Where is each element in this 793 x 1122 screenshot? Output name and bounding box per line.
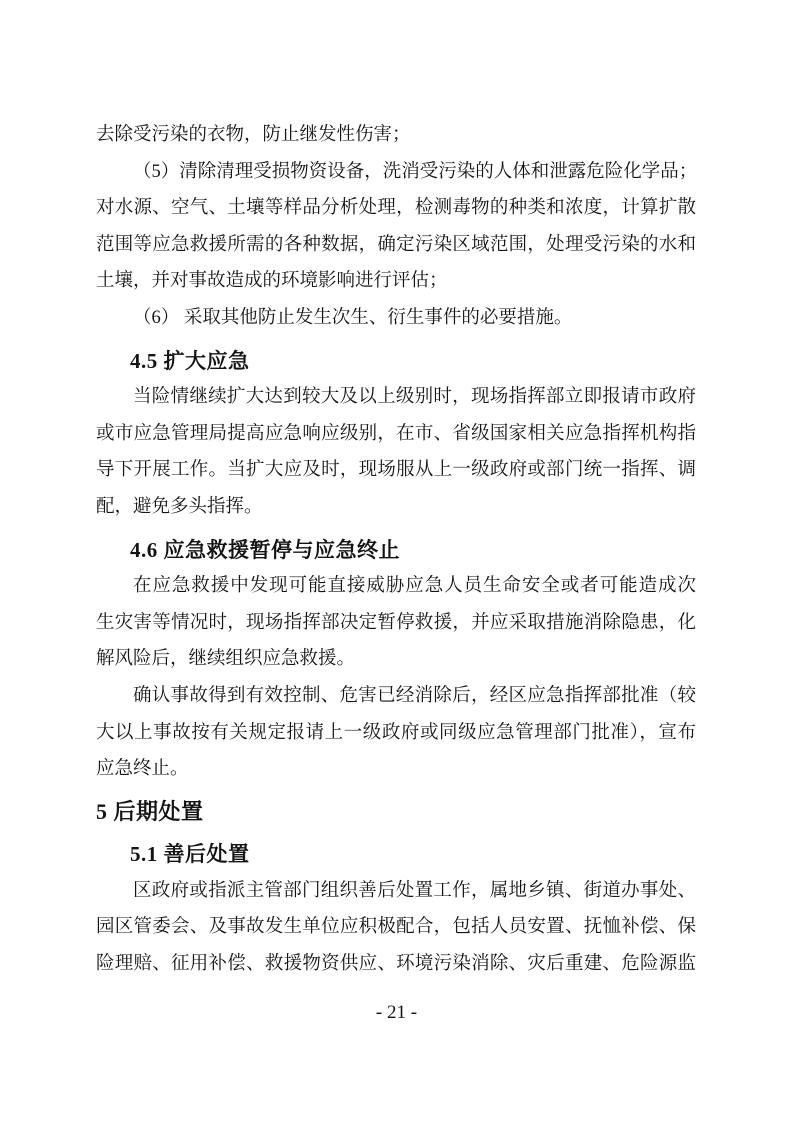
- paragraph-response-termination: 确认事故得到有效控制、危害已经消除后，经区应急指挥部批准（较 大以上事故按有关规…: [96, 678, 696, 788]
- paragraph-item-6-other-measures: （6） 采取其他防止发生次生、衍生事件的必要措施。: [96, 300, 696, 337]
- text-line: 大以上事故按有关规定报请上一级政府或同级应急管理部门批准），宣布: [96, 715, 696, 752]
- heading-5-post-disposal: 5 后期处置: [96, 794, 696, 831]
- text-line: 土壤，并对事故造成的环境影响进行评估；: [96, 263, 696, 300]
- paragraph-rescue-suspension: 在应急救援中发现可能直接威胁应急人员生命安全或者可能造成次 生灾害等情况时，现场…: [96, 568, 696, 678]
- text-line: 解风险后，继续组织应急救援。: [96, 641, 696, 678]
- paragraph-item-5-cleanup: （5）清除清理受损物资设备，洗消受污染的人体和泄露危险化学品； 对水源、空气、土…: [96, 154, 696, 300]
- text-line: 区政府或指派主管部门组织善后处置工作，属地乡镇、街道办事处、: [96, 873, 696, 910]
- heading-4-5-expanded-response: 4.5 扩大应急: [96, 343, 696, 380]
- page-body: 去除受污染的衣物，防止继发性伤害； （5）清除清理受损物资设备，洗消受污染的人体…: [96, 117, 696, 983]
- paragraph-aftermath-work: 区政府或指派主管部门组织善后处置工作，属地乡镇、街道办事处、 园区管委会、及事故…: [96, 873, 696, 983]
- text-line: 导下开展工作。当扩大应及时，现场服从上一级政府或部门统一指挥、调: [96, 452, 696, 489]
- text-line: （6） 采取其他防止发生次生、衍生事件的必要措施。: [96, 300, 696, 337]
- text-line: 园区管委会、及事故发生单位应积极配合，包括人员安置、抚恤补偿、保: [96, 909, 696, 946]
- text-line: 应急终止。: [96, 751, 696, 788]
- text-line: 生灾害等情况时，现场指挥部决定暂停救援，并应采取措施消除隐患，化: [96, 605, 696, 642]
- text-line: 配，避免多头指挥。: [96, 489, 696, 526]
- page-number: - 21 -: [0, 1001, 793, 1025]
- text-line: 在应急救援中发现可能直接威胁应急人员生命安全或者可能造成次: [96, 568, 696, 605]
- text-line: 去除受污染的衣物，防止继发性伤害；: [96, 117, 696, 154]
- document-page: 去除受污染的衣物，防止继发性伤害； （5）清除清理受损物资设备，洗消受污染的人体…: [0, 0, 793, 1122]
- text-line: 当险情继续扩大达到较大及以上级别时，现场指挥部立即报请市政府: [96, 379, 696, 416]
- text-line: 确认事故得到有效控制、危害已经消除后，经区应急指挥部批准（较: [96, 678, 696, 715]
- text-line: 险理赔、征用补偿、救援物资供应、环境污染消除、灾后重建、危险源监: [96, 946, 696, 983]
- text-line: 或市应急管理局提高应急响应级别，在市、省级国家相关应急指挥机构指: [96, 416, 696, 453]
- text-line: 对水源、空气、土壤等样品分析处理，检测毒物的种类和浓度，计算扩散: [96, 190, 696, 227]
- text-line: 范围等应急救援所需的各种数据，确定污染区域范围，处理受污染的水和: [96, 227, 696, 264]
- heading-5-1-aftermath-disposal: 5.1 善后处置: [96, 836, 696, 873]
- heading-4-6-suspension-termination: 4.6 应急救援暂停与应急终止: [96, 532, 696, 569]
- paragraph-continued-decontamination: 去除受污染的衣物，防止继发性伤害；: [96, 117, 696, 154]
- text-line: （5）清除清理受损物资设备，洗消受污染的人体和泄露危险化学品；: [96, 154, 696, 191]
- paragraph-expanded-response: 当险情继续扩大达到较大及以上级别时，现场指挥部立即报请市政府 或市应急管理局提高…: [96, 379, 696, 525]
